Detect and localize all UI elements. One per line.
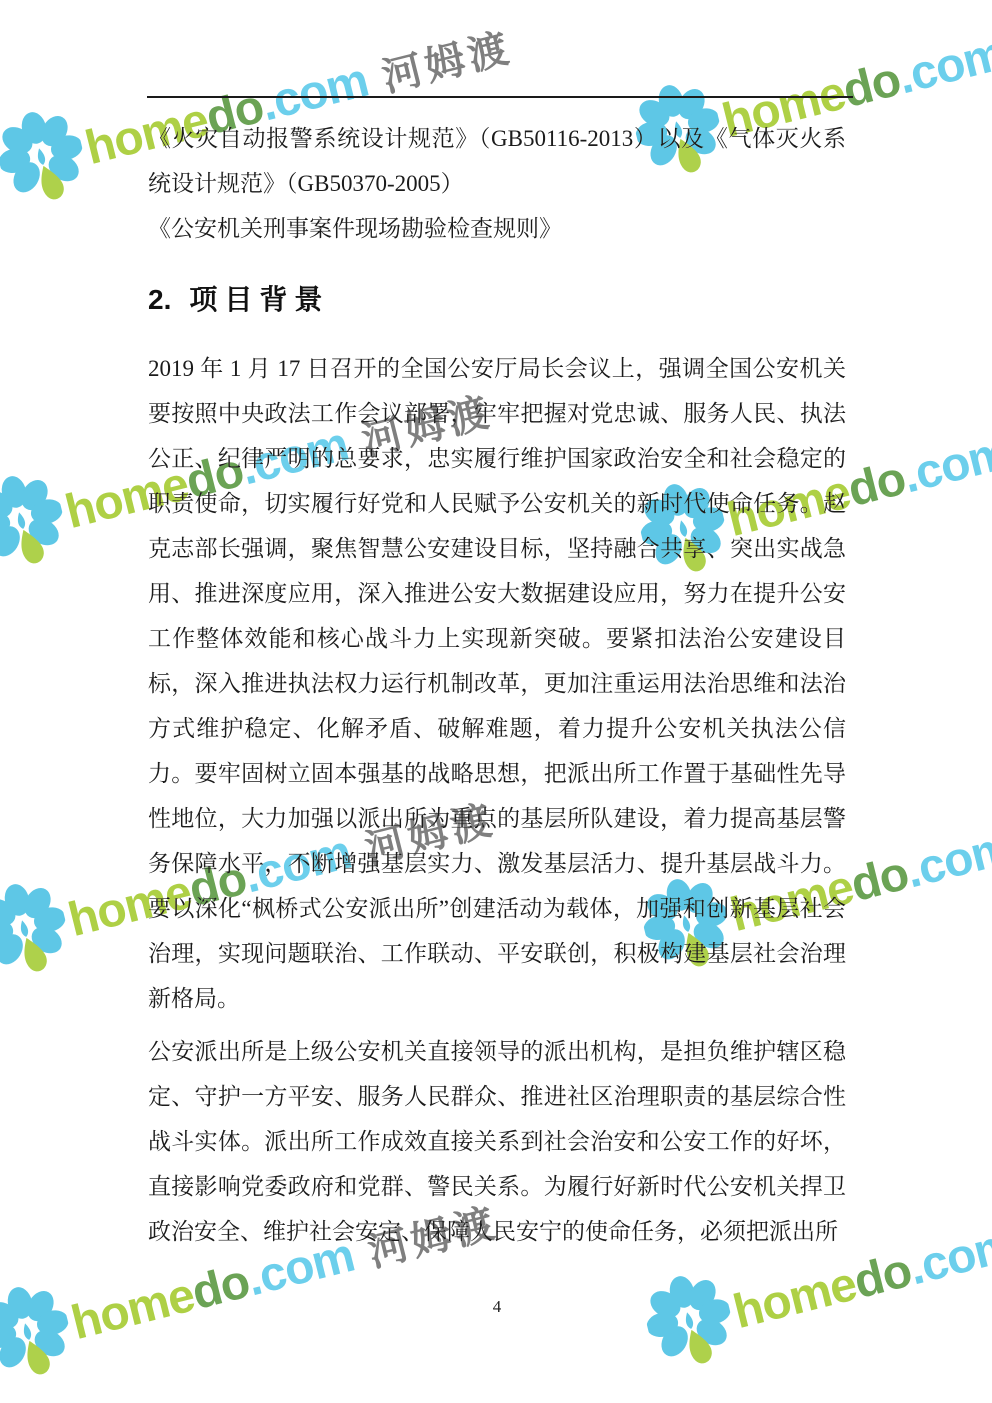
reference-list: 《火灾自动报警系统设计规范》（GB50116-2013）以及《气体灭火系统设计规… — [148, 116, 846, 251]
watermark-tld-text: .com — [898, 425, 992, 503]
watermark-tld-text: .com — [901, 820, 992, 898]
section-heading: 2.项目背景 — [148, 283, 846, 317]
reference-line: 《火灾自动报警系统设计规范》（GB50116-2013）以及《气体灭火系统设计规… — [148, 116, 846, 206]
header-rule — [147, 96, 853, 98]
body-paragraph: 2019 年 1 月 17 日召开的全国公安厅局长会议上，强调全国公安机关要按照… — [148, 346, 846, 1021]
watermark-do-text: do — [846, 846, 914, 911]
section-heading-title: 项目背景 — [189, 284, 329, 315]
section-heading-number: 2. — [148, 284, 171, 315]
watermark-cjk-text: 河姆渡 — [375, 16, 517, 103]
watermark-do-text: do — [843, 451, 911, 516]
homedo-flower-icon — [0, 1274, 81, 1395]
homedo-flower-icon — [0, 463, 75, 584]
watermark-do-text: do — [838, 52, 906, 117]
homedo-flower-icon — [637, 1263, 744, 1384]
watermark-tld-text: .com — [904, 1217, 992, 1295]
body-paragraph: 公安派出所是上级公安机关直接领导的派出机构，是担负维护辖区稳定、守护一方平安、服… — [148, 1029, 846, 1254]
document-page: 《火灾自动报警系统设计规范》（GB50116-2013）以及《气体灭火系统设计规… — [0, 0, 992, 1403]
homedo-flower-icon — [0, 871, 78, 992]
watermark-do-text: do — [849, 1243, 917, 1308]
reference-line: 《公安机关刑事案件现场勘验检查规则》 — [148, 206, 846, 251]
homedo-flower-icon — [0, 99, 95, 220]
page-number: 4 — [148, 1296, 846, 1318]
watermark-tld-text: .com — [893, 26, 992, 104]
